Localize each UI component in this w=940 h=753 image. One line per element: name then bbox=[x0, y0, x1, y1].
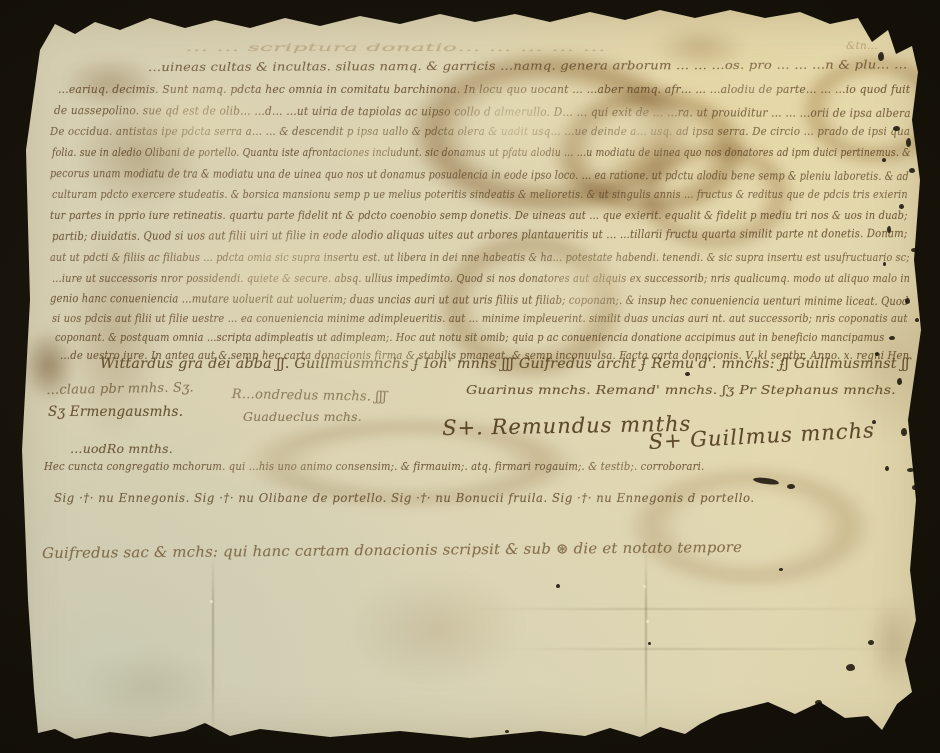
faded-patch bbox=[150, 425, 430, 495]
manuscript-line: Guarinus mnchs. Remand' mnchs. ʃʒ Pr Ste… bbox=[466, 382, 896, 397]
ink-blot bbox=[899, 204, 904, 209]
ink-blot bbox=[815, 700, 822, 705]
ink-blot bbox=[889, 336, 895, 340]
manuscript-line: Guadueclus mchs. bbox=[243, 409, 362, 424]
manuscript-line: Sʒ Ermengausmhs. bbox=[48, 404, 183, 420]
ink-blot bbox=[505, 730, 509, 733]
ink-blot bbox=[911, 248, 917, 252]
faded-patch bbox=[300, 112, 440, 177]
ink-blot bbox=[906, 138, 911, 147]
ink-blot bbox=[897, 378, 902, 385]
faded-patch bbox=[95, 58, 305, 183]
ink-blot bbox=[872, 420, 876, 424]
ink-blot bbox=[912, 485, 917, 490]
ink-blot bbox=[883, 262, 886, 266]
crease-line bbox=[470, 608, 910, 610]
manuscript-line: Wittardus gra dei abba ʃʃ. Guillmusmnchs… bbox=[100, 356, 910, 372]
faded-patch bbox=[690, 55, 820, 115]
crease-line bbox=[500, 648, 920, 650]
ink-blot bbox=[893, 126, 900, 131]
manuscript-line: …claua pbr mnhs. Sʒ. bbox=[46, 380, 194, 398]
manuscript-line: culturam pdcto exercere studeatis. & bor… bbox=[52, 187, 908, 201]
flake-speck bbox=[646, 620, 649, 623]
faded-patch bbox=[555, 448, 675, 508]
ink-blot bbox=[685, 372, 690, 376]
ink-blot bbox=[907, 468, 914, 472]
ink-blot bbox=[556, 584, 560, 588]
ink-blot bbox=[846, 664, 855, 671]
ink-blot bbox=[779, 568, 783, 571]
ink-blot bbox=[868, 640, 874, 645]
flake-speck bbox=[210, 600, 213, 603]
ink-blot bbox=[878, 52, 884, 61]
ink-blot bbox=[875, 352, 879, 356]
ink-blot bbox=[787, 484, 795, 489]
ink-blot bbox=[648, 642, 651, 645]
flake-speck bbox=[643, 585, 646, 588]
ink-blot bbox=[909, 168, 915, 173]
ink-blot bbox=[901, 428, 907, 436]
ink-blot bbox=[882, 158, 886, 162]
ink-blot bbox=[905, 298, 910, 304]
ink-blot bbox=[915, 318, 919, 322]
ink-blot bbox=[887, 226, 891, 233]
crease-line bbox=[645, 550, 647, 735]
manuscript-line: &tn… bbox=[846, 40, 878, 52]
ink-blot bbox=[885, 466, 889, 471]
manuscript-line: … … scriptura donatio… … … … … bbox=[185, 42, 606, 54]
faded-patch bbox=[515, 228, 665, 343]
ink-blot bbox=[911, 400, 918, 405]
faded-patch bbox=[255, 325, 485, 390]
ink-blot bbox=[916, 446, 921, 450]
parchment-sheet: … … scriptura donatio… … … … …&tn……uinea… bbox=[0, 0, 940, 753]
crease-line bbox=[212, 555, 214, 735]
charter-photo: … … scriptura donatio… … … … …&tn……uinea… bbox=[0, 0, 940, 753]
water-stain bbox=[320, 555, 550, 705]
